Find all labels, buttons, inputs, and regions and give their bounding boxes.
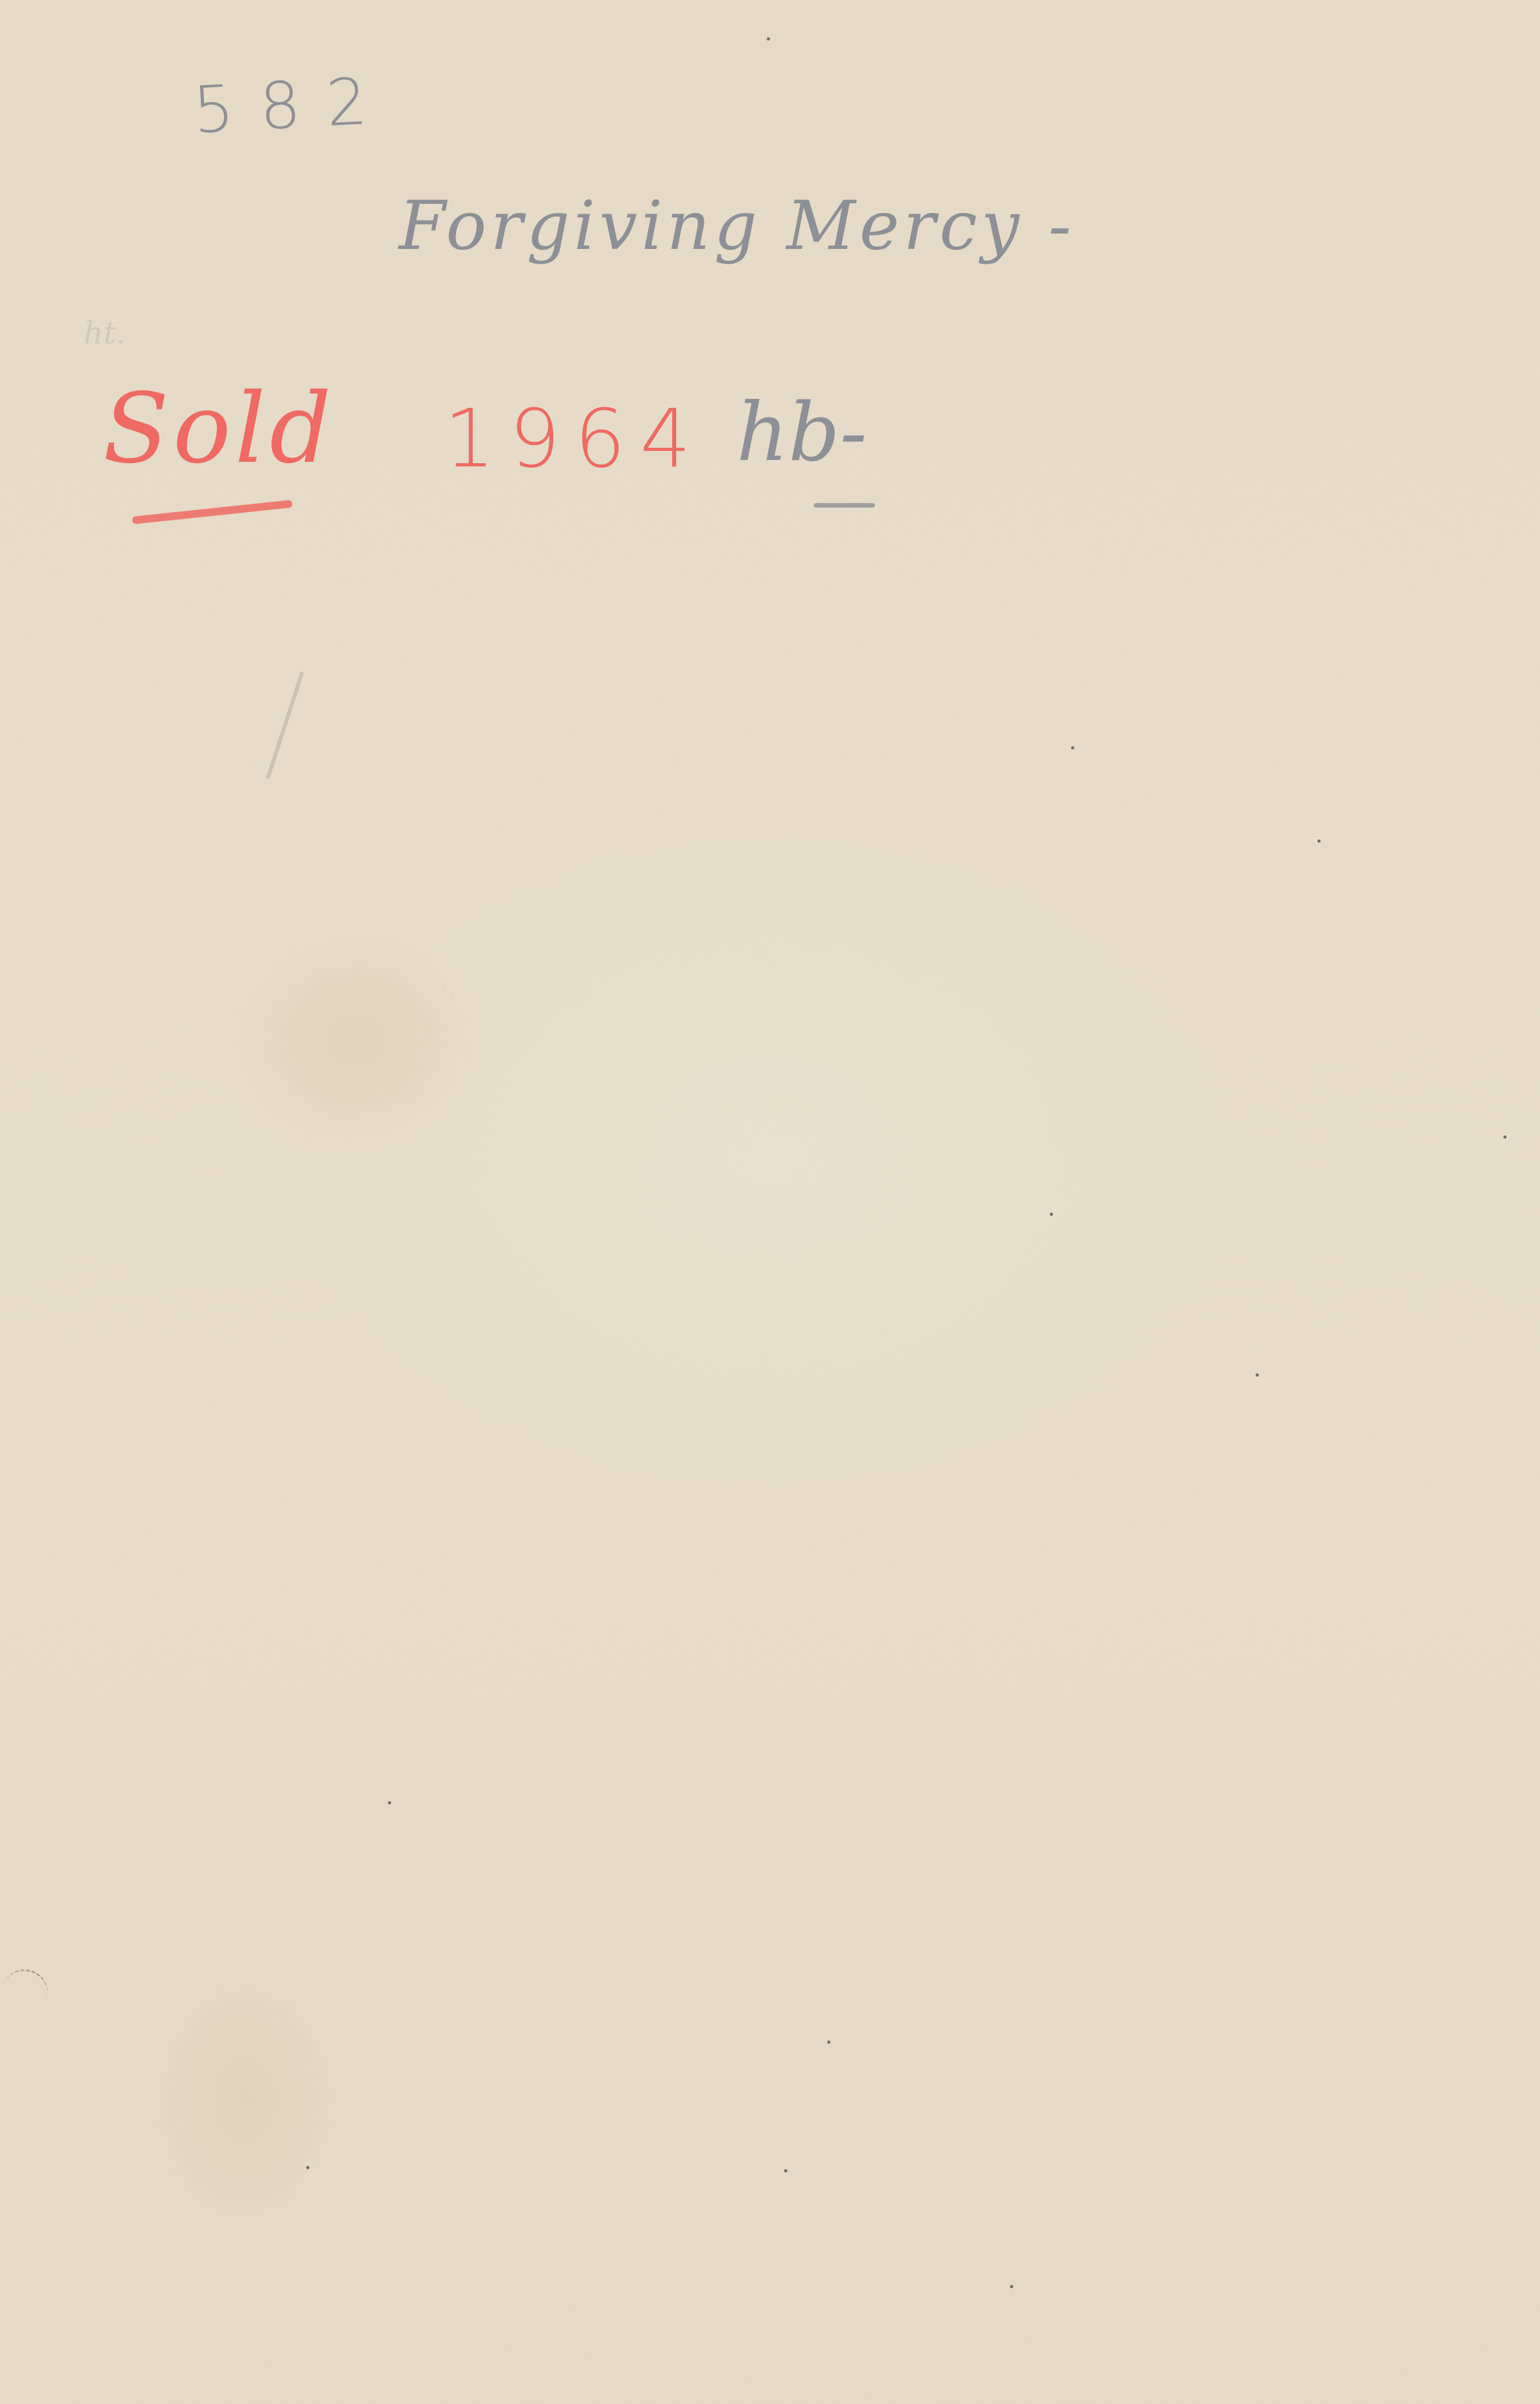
faint-pencil-mark: ht. [84,315,125,351]
catalog-number: 582 [191,62,395,148]
paper-speck [306,2166,309,2169]
paper-speck [827,2041,830,2044]
paper-background [0,0,1540,2404]
artwork-title: Forgiving Mercy - [399,187,1075,265]
paper-speck [1010,2285,1013,2288]
paper-grain-texture [0,0,1540,2404]
initials-underline [814,503,875,508]
paper-speck [1050,1213,1053,1216]
paper-speck [388,1801,391,1804]
paper-speck [1256,1373,1259,1377]
paper-speck [1503,1135,1507,1139]
initials-signature: hb- [737,386,867,479]
paper-speck [784,2169,787,2172]
sold-year: 1964 [444,392,705,486]
paper-speck [1071,746,1074,749]
sold-label: Sold [103,373,335,485]
paper-speck [1317,840,1321,843]
paper-speck [767,37,770,41]
